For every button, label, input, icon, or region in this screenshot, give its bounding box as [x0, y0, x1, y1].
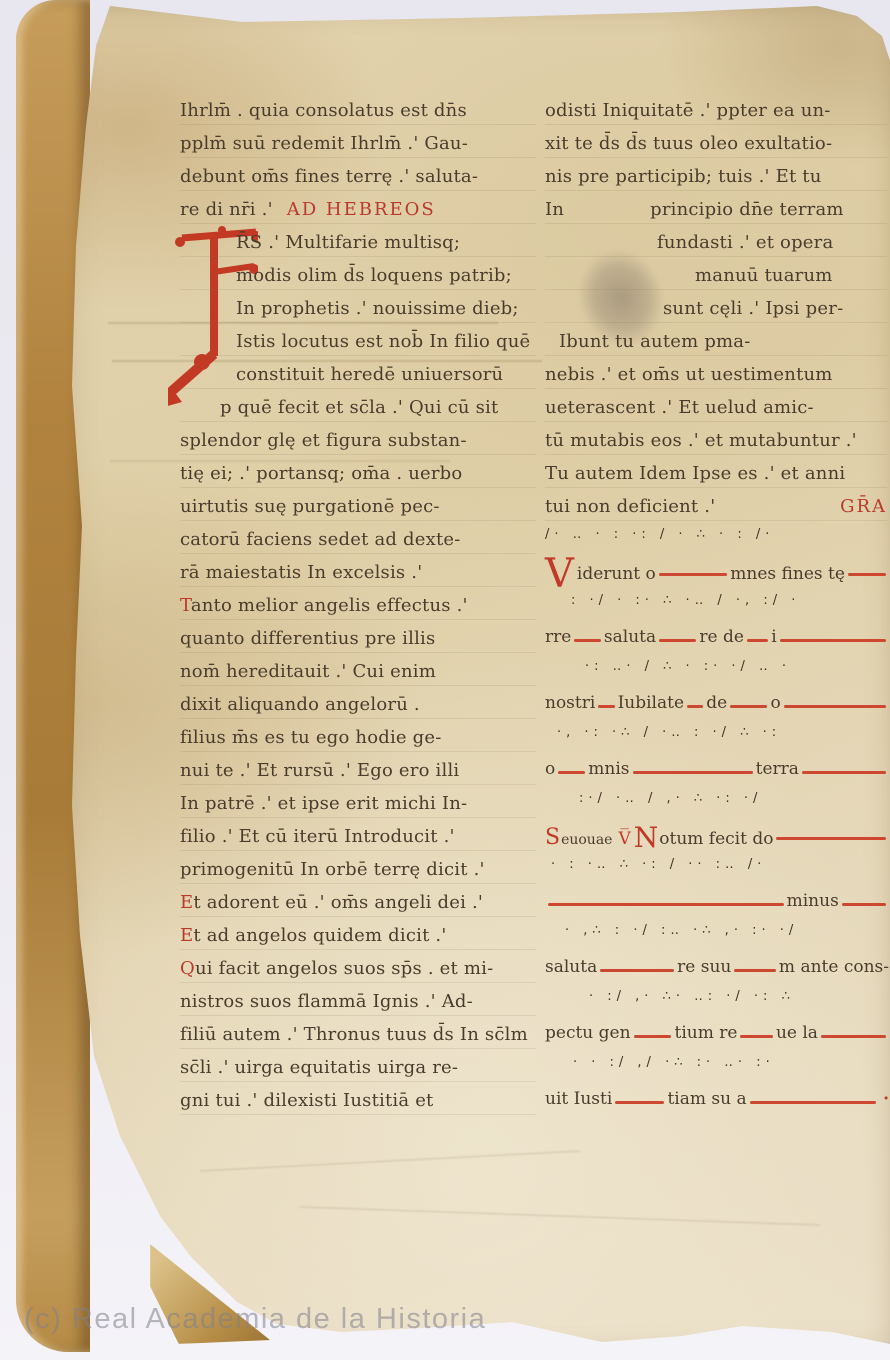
- red-punctus: ·: [883, 1089, 889, 1109]
- text-line: nom̄ hereditauit .' Cui enim: [180, 655, 536, 688]
- chant-word: pectu gen: [545, 1023, 631, 1043]
- right-text-column: odisti Iniquitatē .' ppter ea un- xit te…: [545, 94, 887, 523]
- chant-word: otum fecit do: [659, 829, 773, 849]
- neume-row: ·, ·: ·∴ / ·‥ : ·/ ∴ ·:: [545, 716, 889, 759]
- chant-initial-V: V: [545, 569, 574, 579]
- chant-word: i: [771, 627, 776, 647]
- text-line: In prophetis .' nouissime dieb;: [180, 292, 536, 325]
- melisma-line: [548, 903, 784, 906]
- chant-word: terra: [756, 759, 799, 779]
- text-line: debunt om̄s fines terrę .' saluta-: [180, 160, 536, 193]
- text-line: nebis .' et om̄s ut uestimentum: [545, 358, 887, 391]
- text-line: tię ei; .' portansq; om̄a . uerbo: [180, 457, 536, 490]
- text-line: nistros suos flammā Ignis .' Ad-: [180, 985, 536, 1018]
- text-line: filiū autem .' Thronus tuus d̄s In sc̄lm: [180, 1018, 536, 1051]
- melisma-line: [600, 969, 674, 972]
- text-line: fundasti .' et opera: [545, 226, 887, 259]
- text-line: Tanto melior angelis effectus .': [180, 589, 536, 622]
- melisma-line: [687, 705, 703, 708]
- text-line: Ibunt tu autem pma-: [545, 325, 887, 358]
- text-line: primogenitū In orbē terrę dicit .': [180, 853, 536, 886]
- text-line: quanto differentius pre illis: [180, 622, 536, 655]
- neume-row: :·/ ·‥ / ,· ∴ ·: ·/: [545, 782, 889, 825]
- chant-word: m ante cons-: [779, 957, 889, 977]
- chant-line: : ·/ · :· ∴ ·‥ / ·, :/ · rre saluta re d…: [545, 584, 889, 650]
- melisma-line: [730, 705, 767, 708]
- text-line: R̄S .' Multifarie multisq;: [180, 226, 536, 259]
- chant-word: o: [545, 759, 555, 779]
- melisma-line: [659, 639, 696, 642]
- neume-row: /· ‥ · : ·: / · ∴ · : /·: [545, 518, 889, 561]
- chant-line: ·: ‥· / ∴ · :· ·/ ‥ · nostri Iubilate de…: [545, 650, 889, 716]
- text-line: odisti Iniquitatē .' ppter ea un-: [545, 94, 887, 127]
- text-line: manuū tuarum: [545, 259, 887, 292]
- left-text-column: Ihrlm̄ . quia consolatus est dn̄s pplm̄ …: [180, 94, 536, 1117]
- text-line: constituit heredē uniuersorū: [180, 358, 536, 391]
- chant-line: · ,∴ : ·/ :‥ ·∴ ,· :· ·/ saluta re suu m…: [545, 914, 889, 980]
- text-line: In patrē .' et ipse erit michi In-: [180, 787, 536, 820]
- text-line: tū mutabis eos .' et mutabuntur .': [545, 424, 887, 457]
- chant-word: ue la: [776, 1023, 818, 1043]
- chant-word: uit Iusti: [545, 1089, 612, 1109]
- text-line: Tu autem Idem Ipse es .' et anni: [545, 457, 887, 490]
- neume-row: · · :/ ,/ ·∴ :· ‥· :·: [545, 1046, 889, 1089]
- copyright-watermark: (c) Real Academia de la Historia: [24, 1303, 864, 1336]
- melisma-line: [659, 573, 728, 576]
- chant-word: nostri: [545, 693, 595, 713]
- melisma-line: [802, 771, 886, 774]
- melisma-line: [740, 1035, 773, 1038]
- melisma-line: [784, 705, 886, 708]
- neume-row: ·: ‥· / ∴ · :· ·/ ‥ ·: [545, 650, 889, 693]
- chant-word: re suu: [677, 957, 731, 977]
- chant-text-line: uit Iusti tiam su a ·: [545, 1089, 889, 1115]
- melisma-line: [598, 705, 614, 708]
- text-line: Inprincipio dn̄e terram: [545, 193, 887, 226]
- neume-row: : ·/ · :· ∴ ·‥ / ·, :/ ·: [545, 584, 889, 627]
- chant-word: Iubilate: [618, 693, 684, 713]
- text-line: catorū faciens sedet ad dexte-: [180, 523, 536, 556]
- melisma-line: [776, 837, 886, 840]
- text-line: pplm̄ suū redemit Ihrlm̄ .' Gau-: [180, 127, 536, 160]
- text-line: splendor glę et figura substan-: [180, 424, 536, 457]
- chant-line: · · :/ ,/ ·∴ :· ‥· :· uit Iusti tiam su …: [545, 1046, 889, 1112]
- text-line: nui te .' Et rursū .' Ego ero illi: [180, 754, 536, 787]
- chant-word: de: [706, 693, 727, 713]
- chant-word: iderunt o: [577, 564, 656, 584]
- melisma-line: [821, 1035, 886, 1038]
- text-line: ueterascent .' Et uelud amic-: [545, 391, 887, 424]
- neume-row: · :/ ,· ∴· ‥: ·/ ·: ∴: [545, 980, 889, 1023]
- text-line: gni tui .' dilexisti Iustitiā et: [180, 1084, 536, 1117]
- chant-word: saluta: [604, 627, 656, 647]
- chant-word: minus: [787, 891, 839, 911]
- chant-line: ·, ·: ·∴ / ·‥ : ·/ ∴ ·: o mnis terra: [545, 716, 889, 782]
- chant-section: /· ‥ · : ·: / · ∴ · : /· V iderunt o mne…: [545, 518, 889, 1112]
- chant-line: /· ‥ · : ·: / · ∴ · : /· V iderunt o mne…: [545, 518, 889, 584]
- text-line: Istis locutus est nob̄ In filio quē: [180, 325, 536, 358]
- text-line: dixit aliquando angelorū .: [180, 688, 536, 721]
- text-line-fragment: re di nr̄i .': [180, 199, 273, 220]
- chant-line: · :/ ,· ∴· ‥: ·/ ·: ∴ pectu gen tium re …: [545, 980, 889, 1046]
- text-line: filius m̄s es tu ego hodie ge-: [180, 721, 536, 754]
- euouae-capital: S: [545, 825, 560, 850]
- text-line: xit te d̄s d̄s tuus oleo exultatio-: [545, 127, 887, 160]
- chant-word: saluta: [545, 957, 597, 977]
- melisma-line: [747, 639, 768, 642]
- chant-word: mnes fines tę: [730, 564, 845, 584]
- chant-word: re de: [699, 627, 744, 647]
- text-line: nis pre participib; tuis .' Et tu: [545, 160, 887, 193]
- melisma-line: [848, 573, 886, 576]
- neume-row: · ,∴ : ·/ :‥ ·∴ ,· :· ·/: [545, 914, 889, 957]
- melisma-line: [634, 1035, 672, 1038]
- euouae-formula: euouae: [561, 832, 612, 848]
- melisma-line: [842, 903, 886, 906]
- text-line: uirtutis suę purgationē pec-: [180, 490, 536, 523]
- text-line: p quē fecit et sc̄la .' Qui cū sit: [180, 391, 536, 424]
- chant-word: tium re: [674, 1023, 737, 1043]
- melisma-line: [750, 1101, 876, 1104]
- text-line: filio .' Et cū iterū Introducit .': [180, 820, 536, 853]
- text-line: Et ad angelos quidem dicit .': [180, 919, 536, 952]
- chant-word: rre: [545, 627, 571, 647]
- text-line: Qui facit angelos suos sp̄s . et mi-: [180, 952, 536, 985]
- text-line: re di nr̄i .'AD HEBREOS: [180, 193, 536, 226]
- text-line: sc̄li .' uirga equitatis uirga re-: [180, 1051, 536, 1084]
- chant-line: :·/ ·‥ / ,· ∴ ·: ·/ S euouae V̅ N otum f…: [545, 782, 889, 848]
- text-line: rā maiestatis In excelsis .': [180, 556, 536, 589]
- melisma-line: [574, 639, 601, 642]
- melisma-line: [734, 969, 776, 972]
- text-line: sunt cęli .' Ipsi per-: [545, 292, 887, 325]
- melisma-line: [558, 771, 585, 774]
- text-line: Ihrlm̄ . quia consolatus est dn̄s: [180, 94, 536, 127]
- melisma-line: [633, 771, 753, 774]
- rubric-ad-hebreos: AD HEBREOS: [287, 199, 436, 220]
- text-line: Et adorent eū .' om̄s angeli dei .': [180, 886, 536, 919]
- neume-row: · : ·‥ ∴ ·: / ·· :‥ /·: [545, 848, 889, 891]
- chant-word: mnis: [588, 759, 629, 779]
- chant-line: · : ·‥ ∴ ·: / ·· :‥ /· minus: [545, 848, 889, 914]
- chant-word: tiam su a: [667, 1089, 746, 1109]
- melisma-line: [780, 639, 886, 642]
- text-line-fragment: principio dn̄e terram: [650, 199, 844, 220]
- text-line: modis olim d̄s loquens patrib;: [180, 259, 536, 292]
- manuscript-photo: Ihrlm̄ . quia consolatus est dn̄s pplm̄ …: [0, 0, 890, 1360]
- verse-initial-N: N: [634, 833, 659, 843]
- melisma-line: [615, 1101, 664, 1104]
- text-line-fragment: In: [545, 199, 564, 220]
- versus-marker: V̅: [618, 829, 630, 849]
- chant-word: o: [770, 693, 780, 713]
